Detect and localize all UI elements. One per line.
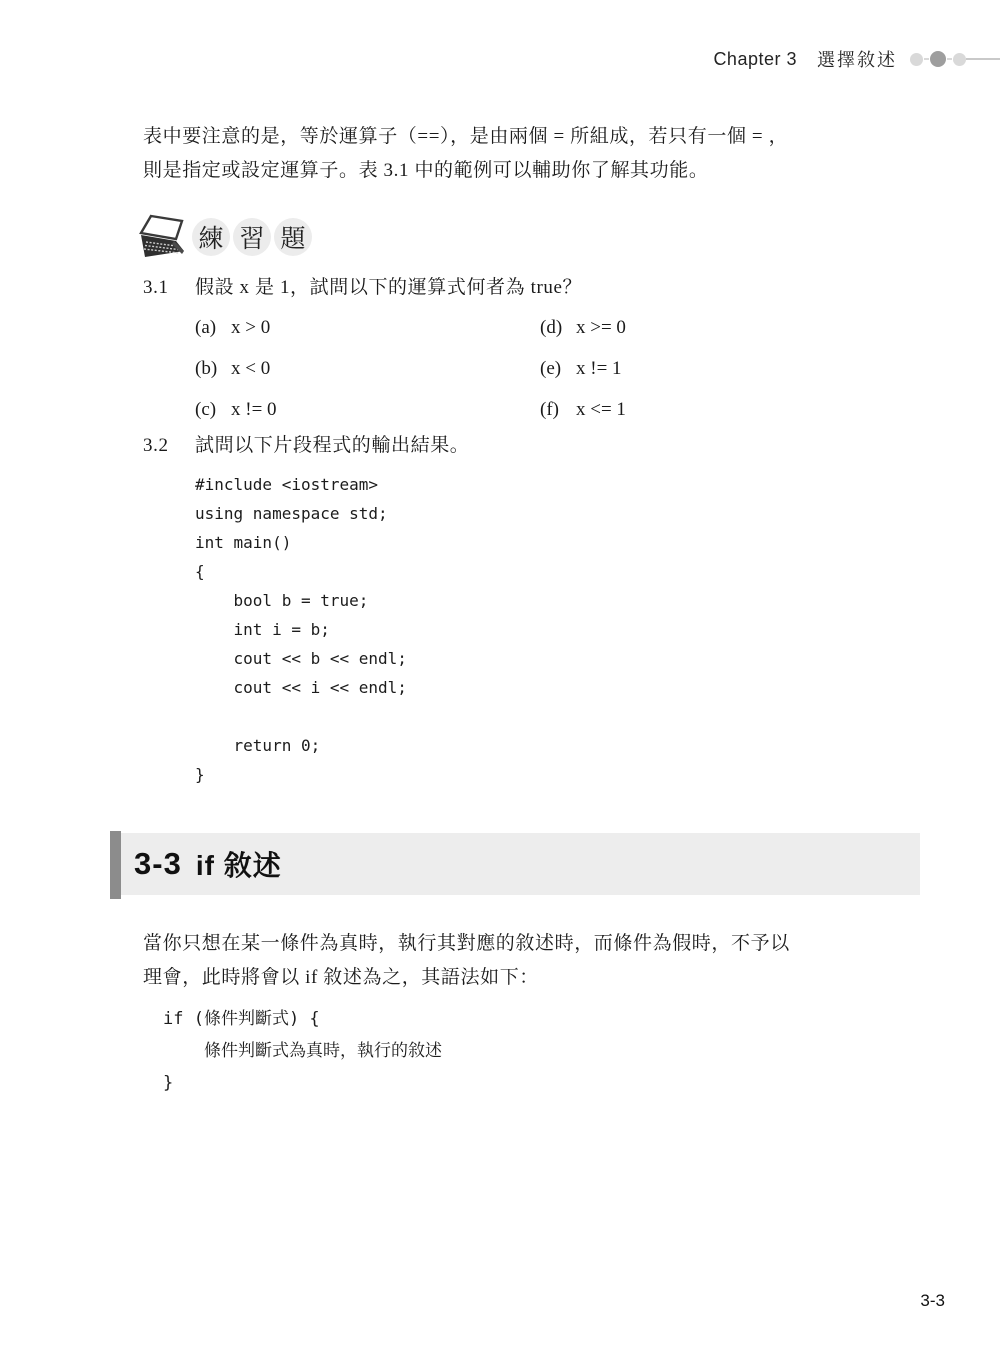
dot-icon	[910, 53, 923, 66]
badge-char: 練	[198, 219, 223, 255]
paragraph-line: 理會，此時將會以 if 敘述為之，其語法如下：	[143, 961, 910, 995]
dash-icon	[924, 58, 929, 60]
section-title: if 敘述	[196, 844, 282, 884]
paragraph-line: 表中要注意的是，等於運算子（==），是由兩個 = 所組成，若只有一個 = ，	[143, 120, 910, 154]
exercise-3-1-options: (a)x > 0 (d)x >= 0 (b)x < 0 (e)x != 1 (c…	[195, 314, 1000, 424]
option-label: (a)	[195, 314, 231, 342]
laptop-icon	[136, 214, 190, 260]
page-number: 3-3	[920, 1291, 945, 1311]
section-heading-bar	[110, 831, 121, 899]
option-expr: x != 1	[576, 358, 622, 379]
option-label: (f)	[540, 396, 576, 424]
option-a: (a)x > 0	[195, 314, 540, 342]
exercise-3-2-code-block: #include <iostream> using namespace std;…	[195, 470, 1000, 789]
option-expr: x != 0	[231, 399, 277, 420]
paragraph-line: 當你只想在某一條件為真時，執行其對應的敘述時，而條件為假時，不予以	[143, 927, 910, 961]
exercise-number: 3.2	[143, 432, 195, 460]
option-expr: x >= 0	[576, 317, 626, 338]
badge-char-circle: 練	[192, 218, 230, 256]
chapter-title: 選擇敘述	[817, 46, 897, 72]
exercise-3-2-heading: 3.2 試問以下片段程式的輸出結果。	[143, 432, 1000, 460]
if-syntax-code-block: if (條件判斷式) { 條件判斷式為真時，執行的敘述 }	[163, 1003, 1000, 1099]
option-expr: x < 0	[231, 358, 270, 379]
section-heading-background: 3-3 if 敘述	[121, 833, 920, 895]
exercise-badge: 練 習 題	[136, 214, 1000, 260]
section-intro-paragraph: 當你只想在某一條件為真時，執行其對應的敘述時，而條件為假時，不予以 理會，此時將…	[143, 927, 910, 995]
paragraph-line: 則是指定或設定運算子。表 3.1 中的範例可以輔助你了解其功能。	[143, 154, 910, 188]
page-header: Chapter 3 選擇敘述	[0, 0, 1000, 70]
exercise-question: 試問以下片段程式的輸出結果。	[195, 432, 469, 460]
option-e: (e)x != 1	[540, 355, 840, 383]
exercise-question: 假設 x 是 1，試問以下的運算式何者為 true？	[195, 274, 582, 302]
book-page: Chapter 3 選擇敘述 表中要注意的是，等於運算子（==），是由兩個 = …	[0, 0, 1000, 1353]
exercise-3-1-heading: 3.1 假設 x 是 1，試問以下的運算式何者為 true？	[143, 274, 1000, 302]
option-label: (e)	[540, 355, 576, 383]
option-expr: x <= 1	[576, 399, 626, 420]
badge-char-circle: 習	[233, 218, 271, 256]
dash-icon	[947, 58, 952, 60]
option-label: (c)	[195, 396, 231, 424]
option-expr: x > 0	[231, 317, 270, 338]
badge-char: 習	[239, 219, 264, 255]
option-b: (b)x < 0	[195, 355, 540, 383]
option-c: (c)x != 0	[195, 396, 540, 424]
intro-paragraph: 表中要注意的是，等於運算子（==），是由兩個 = 所組成，若只有一個 = ， 則…	[143, 120, 910, 188]
section-number: 3-3	[134, 846, 182, 882]
header-dots-icon	[910, 51, 966, 67]
exercise-number: 3.1	[143, 274, 195, 302]
option-label: (d)	[540, 314, 576, 342]
dot-icon	[953, 53, 966, 66]
option-label: (b)	[195, 355, 231, 383]
dot-icon	[930, 51, 946, 67]
badge-char: 題	[280, 219, 305, 255]
header-rule	[966, 58, 1000, 60]
option-d: (d)x >= 0	[540, 314, 840, 342]
badge-char-circle: 題	[274, 218, 312, 256]
section-heading-3-3: 3-3 if 敘述	[0, 833, 1000, 895]
option-f: (f)x <= 1	[540, 396, 840, 424]
chapter-label: Chapter 3	[713, 49, 797, 70]
